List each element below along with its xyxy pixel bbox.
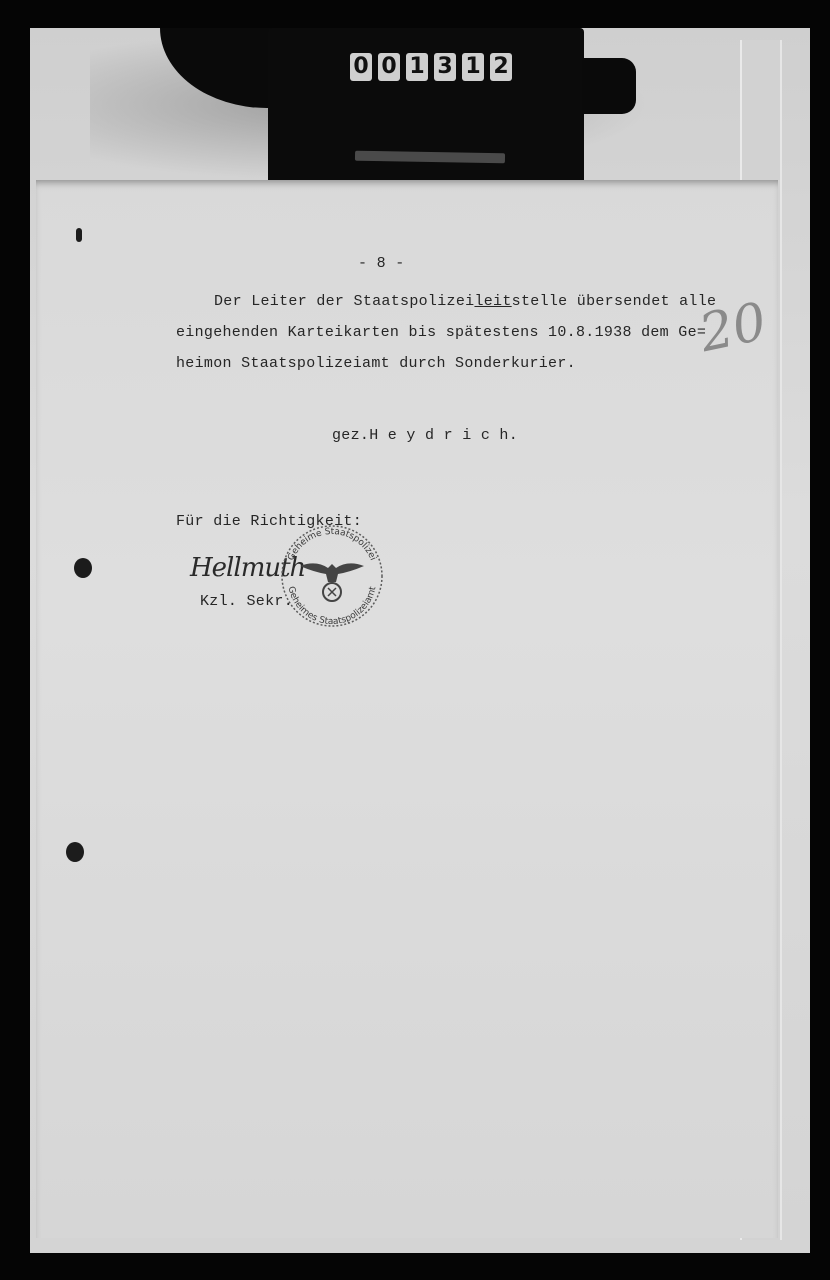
counter-digit: 0 xyxy=(378,53,400,81)
svg-text:Geheime Staatspolizei: Geheime Staatspolizei xyxy=(286,527,377,562)
counter-digit: 2 xyxy=(490,53,512,81)
counter-digit: 0 xyxy=(350,53,372,81)
punch-hole-icon xyxy=(66,842,84,862)
paragraph-line-1: Der Leiter der Staatspolizeileitstelle ü… xyxy=(214,293,716,310)
stamp-top-text: Geheime Staatspolizei xyxy=(286,527,377,562)
counter-digit: 1 xyxy=(406,53,428,81)
counter-knob xyxy=(582,58,636,114)
counter-digit: 1 xyxy=(462,53,484,81)
paragraph-line-2: eingehenden Karteikarten bis spätestens … xyxy=(176,324,706,341)
counter-digit: 3 xyxy=(434,53,456,81)
punch-hole-icon xyxy=(74,558,92,578)
eagle-icon xyxy=(300,563,364,601)
frame-counter-device xyxy=(268,28,584,188)
official-stamp: Geheime Staatspolizei Geheimes Staatspol… xyxy=(276,520,388,628)
frame-counter: 0 0 1 3 1 2 xyxy=(350,53,512,81)
signed-by: gez.H e y d r i c h. xyxy=(332,427,518,444)
paragraph-line-3: heimon Staatspolizeiamt durch Sonderkuri… xyxy=(176,355,576,372)
underlined-text: leit xyxy=(474,293,511,310)
page-number: - 8 - xyxy=(358,255,405,272)
punch-hole-icon xyxy=(76,228,82,242)
text-segment: stelle übersendet alle xyxy=(512,293,717,310)
text-segment: Der Leiter der Staatspolizei xyxy=(214,293,474,310)
